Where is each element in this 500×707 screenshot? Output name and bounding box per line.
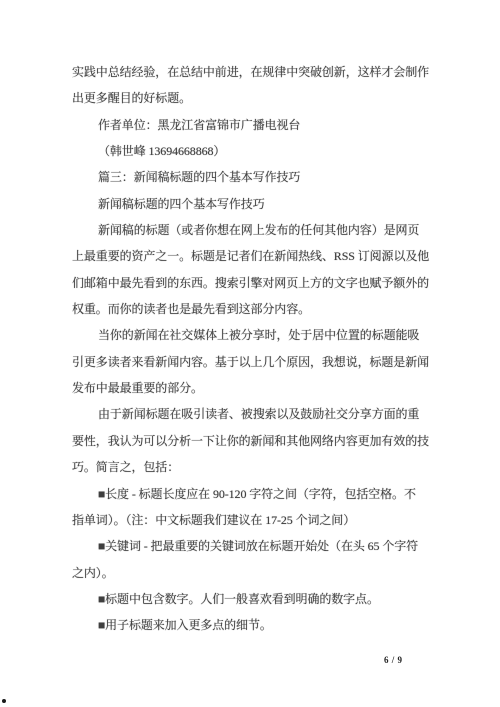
text-line: 出更多醒目的好标题。 [72,85,430,111]
text-line: 引更多读者来看新闻内容。基于以上几个原因，我想说，标题是新闻 [72,349,430,375]
text-line: 之内）。 [72,560,430,586]
text-line: 巧。简言之，包括： [72,454,430,480]
text-line: 上最重要的资产之一。标题是记者们在新闻热线、RSS 订阅源以及他 [72,243,430,269]
text-line: ■关键词 - 把最重要的关键词放在标题开始处（在头 65 个字符 [72,533,430,559]
text-line: 当你的新闻在社交媒体上被分享时，处于居中位置的标题能吸 [72,322,430,348]
text-line: 新闻稿的标题（或者你想在网上发布的任何其他内容）是网页 [72,217,430,243]
text-line: ■用子标题来加入更多点的细节。 [72,612,430,638]
text-line: 权重。而你的读者也是最先看到这部分内容。 [72,296,430,322]
text-line: （韩世峰 13694668868） [72,138,430,164]
text-line: 指单词）。（注：中文标题我们建议在 17-25 个词之间） [72,507,430,533]
text-line: 们邮箱中最先看到的东西。搜索引擎对网页上方的文字也赋予额外的 [72,270,430,296]
text-line: 发布中最最重要的部分。 [72,375,430,401]
document-lines: 实践中总结经验，在总结中前进，在规律中突破创新，这样才会制作出更多醒目的好标题。… [72,59,430,639]
text-line: 要性，我认为可以分析一下让你的新闻和其他网络内容更加有效的技 [72,428,430,454]
text-line: 新闻稿标题的四个基本写作技巧 [72,191,430,217]
page-number: 6 / 9 [384,655,414,665]
scan-artifact-dot [2,699,6,703]
text-line: ■长度 - 标题长度应在 90-120 字符之间（字符，包括空格。不 [72,481,430,507]
text-line: ■标题中包含数字。人们一般喜欢看到明确的数字点。 [72,586,430,612]
text-line: 由于新闻标题在吸引读者、被搜索以及鼓励社交分享方面的重 [72,401,430,427]
document-page: 实践中总结经验，在总结中前进，在规律中突破创新，这样才会制作出更多醒目的好标题。… [0,0,500,707]
text-line: 实践中总结经验，在总结中前进，在规律中突破创新，这样才会制作 [72,59,430,85]
text-line: 作者单位：黑龙江省富锦市广播电视台 [72,112,430,138]
text-line: 篇三：新闻稿标题的四个基本写作技巧 [72,164,430,190]
